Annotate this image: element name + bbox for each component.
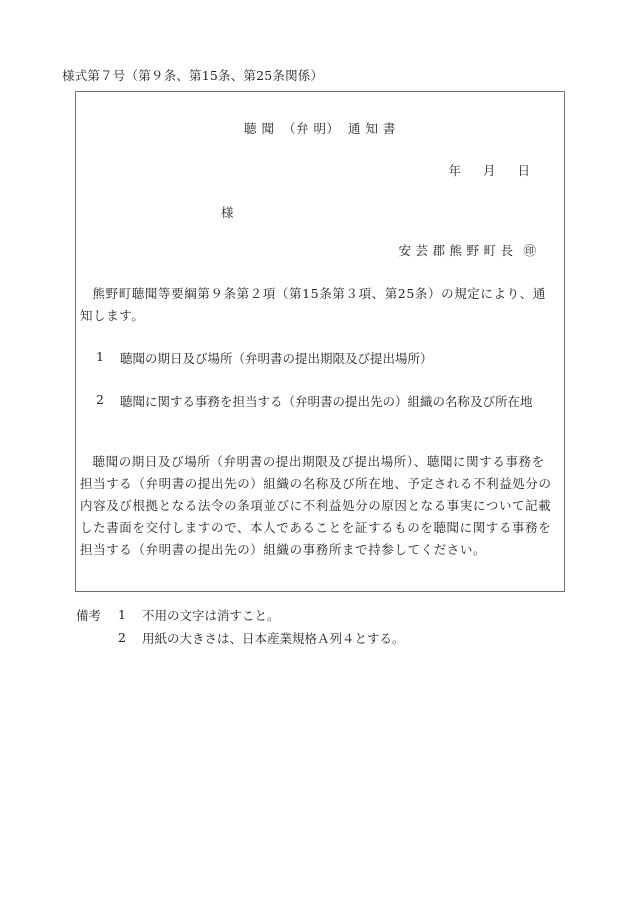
item-number: 2	[96, 392, 120, 410]
item-text: 聴聞の期日及び場所（弁明書の提出期限及び提出場所）	[120, 349, 433, 367]
addressee: 様	[221, 203, 234, 221]
seal-icon: ㊞	[523, 243, 536, 258]
notice-form-box: 聴 聞 （弁 明） 通 知 書 年 月 日 様 安芸郡熊野町長㊞ 熊野町聴聞等要…	[75, 91, 565, 592]
remark-row: 備考 1 不用の文字は消すこと。	[76, 603, 405, 626]
remarks: 備考 1 不用の文字は消すこと。 2 用紙の大きさは、日本産業規格Ａ列４とする。	[76, 603, 405, 649]
intro-paragraph: 熊野町聴聞等要綱第９条第２項（第15条第３項、第25条）の規定により、通知します…	[80, 283, 554, 327]
title-part-notice: 通 知 書	[348, 121, 396, 136]
remark-text: 用紙の大きさは、日本産業規格Ａ列４とする。	[142, 629, 405, 647]
list-item: 1 聴聞の期日及び場所（弁明書の提出期限及び提出場所）	[96, 349, 433, 367]
date-line: 年 月 日	[448, 161, 530, 179]
year-label: 年	[448, 161, 461, 179]
day-label: 日	[517, 161, 530, 179]
remark-row: 2 用紙の大きさは、日本産業規格Ａ列４とする。	[76, 626, 405, 649]
month-label: 月	[483, 161, 496, 179]
title-part-hearing: 聴 聞	[244, 121, 274, 136]
remark-text: 不用の文字は消すこと。	[142, 606, 280, 624]
issuer: 安芸郡熊野町長㊞	[398, 241, 536, 259]
form-number: 様式第７号（第９条、第15条、第25条関係）	[62, 66, 323, 84]
addressee-suffix: 様	[221, 205, 234, 220]
title-part-explanation: （弁 明）	[283, 121, 339, 136]
list-item: 2 聴聞に関する事務を担当する（弁明書の提出先の）組織の名称及び所在地	[96, 392, 533, 410]
remarks-label: 備考	[76, 606, 118, 624]
remark-number: 2	[118, 630, 142, 645]
notice-paragraph: 聴聞の期日及び場所（弁明書の提出期限及び提出場所）、聴聞に関する事務を担当する（…	[80, 451, 554, 561]
document-title: 聴 聞 （弁 明） 通 知 書	[76, 119, 564, 137]
issuer-name: 安芸郡熊野町長	[398, 243, 517, 258]
item-number: 1	[96, 349, 120, 367]
remark-number: 1	[118, 607, 142, 622]
item-text: 聴聞に関する事務を担当する（弁明書の提出先の）組織の名称及び所在地	[120, 392, 533, 410]
